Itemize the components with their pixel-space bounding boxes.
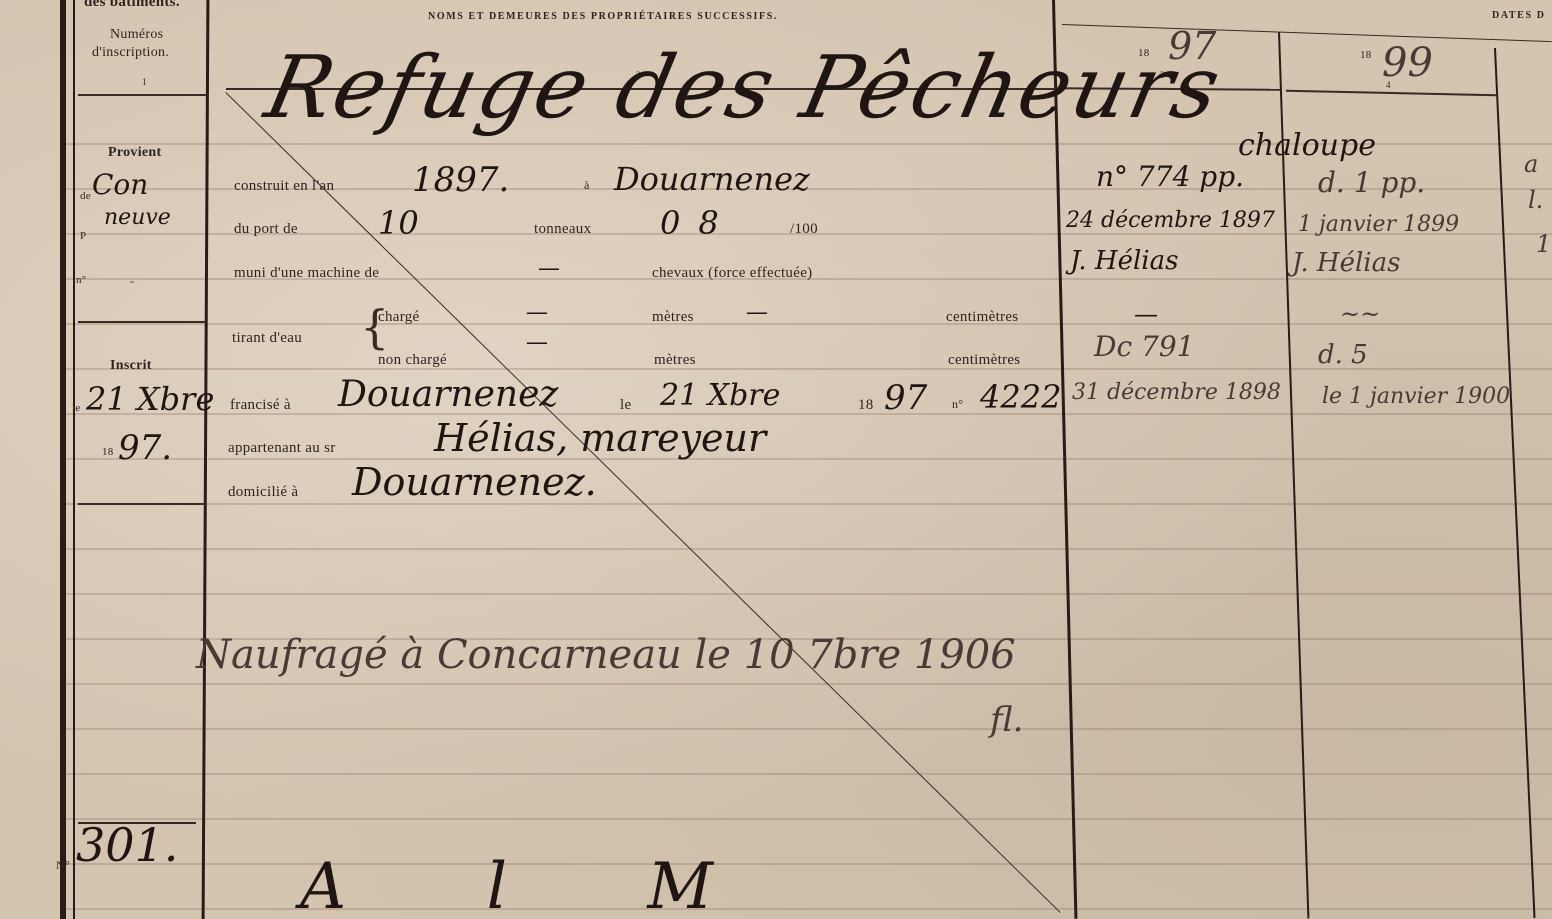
charge-value-hand: — [526,300,548,325]
col1-header-line2: d'inscription. [92,45,169,61]
francise-year-hand: 97 [884,378,927,418]
metres-value-hand: — [746,300,768,325]
port-tonneaux-hand: 10 [378,204,419,242]
inscrit-le-prefix: le [72,402,81,414]
francise-le-label: le [620,397,631,414]
appartenant-label: appartenant au sr [228,440,336,457]
metres-label-1: mètres [652,309,694,326]
provient-de-hand-line2: neuve [104,205,171,230]
header-rule-col1 [78,94,206,96]
francise-number-hand: 4222 [980,378,1061,416]
provient-label: Provient [108,145,161,161]
n-label: n° [76,274,87,286]
chevaux-label: chevaux (force effectuée) [652,265,812,282]
non-charge-label: non chargé [378,352,447,369]
a-label: à [584,178,590,193]
shipwreck-note-hand: Naufragé à Concarneau le 10 7bre 1906 [196,632,1016,678]
col1-section-rule-2 [78,503,206,505]
right-edge-line2-hand: l. [1528,186,1543,214]
right-edge-line1-hand: a [1524,150,1538,178]
provient-de-hand-line1: Con [92,168,148,201]
francise-numero-label: n° [952,397,963,412]
inscrit-label: Inscrit [110,358,152,374]
y1899-line4-hand: ~~ [1340,300,1380,328]
registration-number-hand: 301. [76,818,178,872]
provient-de-prefix: de [80,190,91,202]
owner-hand: Hélias, mareyeur [434,416,766,460]
col2-header-label: NOMS ET DEMEURES DES PROPRIÉTAIRES SUCCE… [428,11,778,22]
p-label: P [80,230,86,242]
y1897-line5-hand: — [1134,300,1158,328]
header-rule-col4 [1286,90,1496,96]
y1897-line2-hand: n° 774 pp. [1096,160,1244,193]
n-value: - [130,274,134,289]
tonneaux-centiemes-hand: 08 [660,204,737,242]
y1897-line4-hand: J. Hélias [1070,246,1178,276]
construit-place-hand: Douarnenez [614,160,810,198]
metres-label-2: mètres [654,352,696,369]
francise-year-prefix: 18 [858,397,874,414]
y1897-line7-hand: 31 décembre 1898 [1072,380,1281,405]
col1-top-label: des bâtiments. [84,0,180,11]
machine-label: muni d'une machine de [234,265,379,282]
tirant-label: tirant d'eau [232,330,302,347]
y1897-line3-hand: 24 décembre 1897 [1066,208,1275,233]
inscrit-year-hand: 97. [118,428,172,468]
domicile-hand: Douarnenez. [352,460,597,504]
next-entry-partial-hand: A l M [300,850,773,919]
francise-place-hand: Douarnenez [338,374,558,415]
machine-value-hand: — [538,256,560,281]
y1897-line1-hand: chaloupe [1238,128,1376,163]
y1899-line1-hand: d. 1 pp. [1318,166,1425,199]
y1897-line6-hand: Dc 791 [1094,330,1194,363]
register-page: des bâtiments. Numéros d'inscription. 1 … [0,0,1552,919]
port-label: du port de [234,221,298,238]
inscrit-date-hand: 21 Xbre [86,380,214,418]
col1-divider [73,0,75,919]
number-prefix: N° [56,858,70,873]
centimetres-label-1: centimètres [946,309,1018,326]
outer-left-border [60,0,66,919]
y1899-line5-hand: d. 5 [1318,340,1368,370]
construit-label: construit en l'an [234,178,334,195]
y1899-line6-hand: le 1 janvier 1900 [1322,384,1510,409]
col1-header-line1: Numéros [110,27,163,43]
charge-label: chargé [378,309,420,326]
col1-section-rule-1 [78,321,206,323]
over-100-label: /100 [790,221,818,238]
centimetres-label-2: centimètres [948,352,1020,369]
vessel-name-hand: Refuge des Pêcheurs [257,38,1230,138]
non-charge-value-hand: — [526,330,548,355]
y1899-line3-hand: J. Hélias [1292,248,1400,278]
inscrit-year-prefix: 18 [102,446,114,458]
right-edge-line3-hand: 1 [1536,230,1551,258]
col1-header-number: 1 [142,77,147,87]
francise-date-hand: 21 Xbre [660,378,780,413]
shipwreck-note-initial-hand: fl. [990,700,1024,740]
y1899-line2-hand: 1 janvier 1899 [1298,212,1459,237]
col4-header-number: 4 [1386,80,1391,90]
tonneaux-label: tonneaux [534,221,591,238]
col5-header-label: DATES D [1492,10,1546,21]
francise-label: francisé à [230,397,291,414]
construit-year-hand: 1897. [412,160,509,200]
col4-year-prefix: 18 [1360,49,1372,61]
domicile-label: domicilié à [228,484,298,501]
